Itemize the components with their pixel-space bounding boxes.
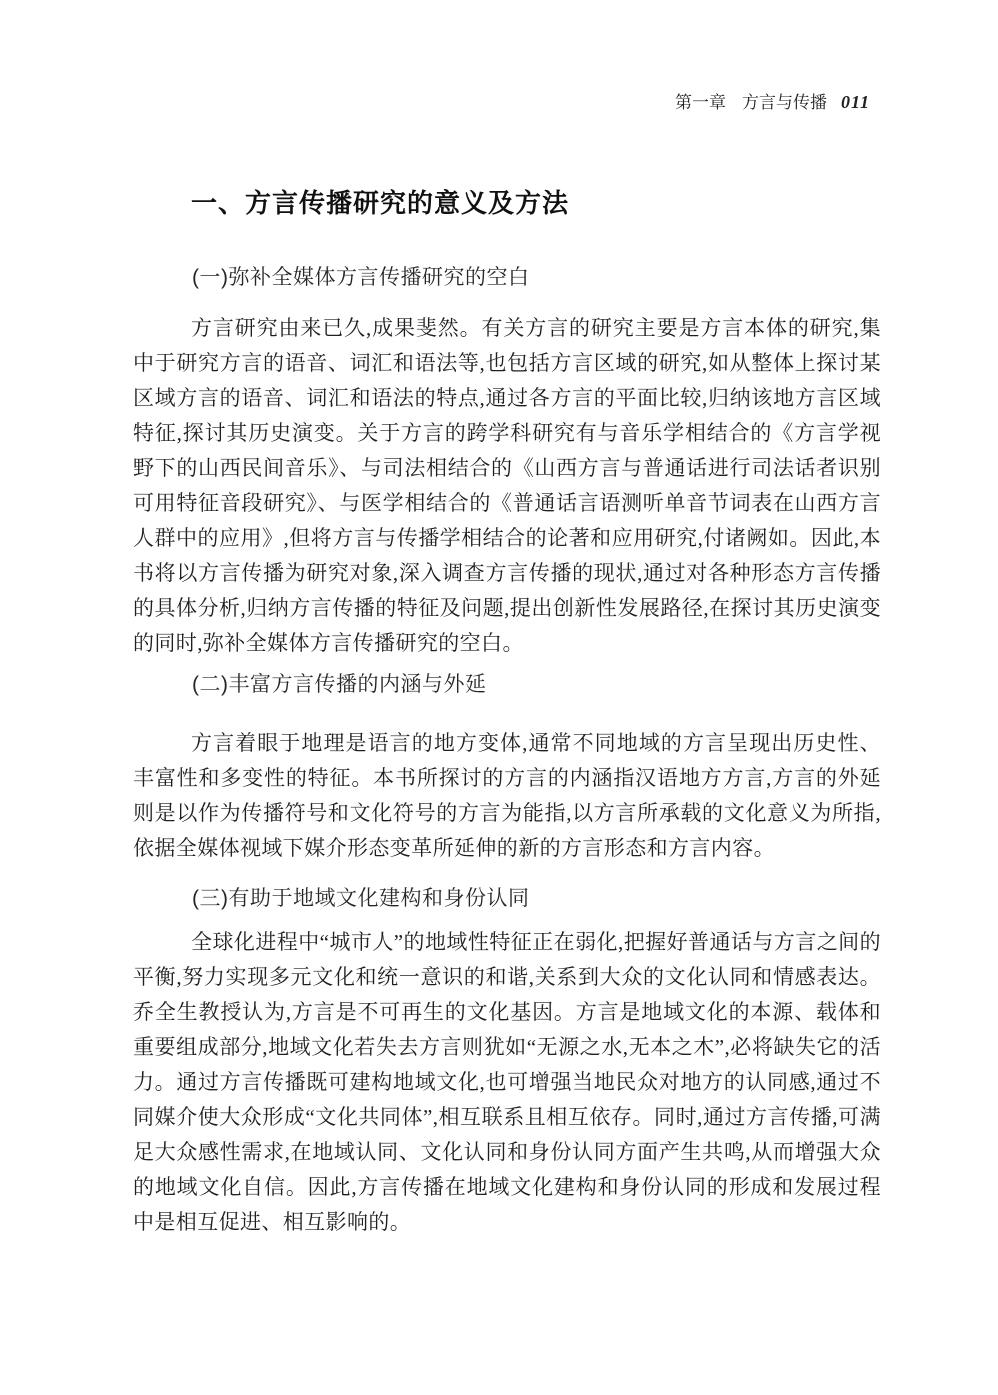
header-chapter-label: 第一章 bbox=[675, 88, 726, 113]
page-title: 一、方言传播研究的意义及方法 bbox=[191, 188, 569, 220]
header-section-label: 方言与传播 bbox=[742, 88, 827, 113]
section-heading-1: (一)弥补全媒体方言传播研究的空白 bbox=[133, 265, 881, 290]
running-header: 第一章 方言与传播 011 bbox=[675, 88, 870, 113]
section-heading-2: (二)丰富方言传播的内涵与外延 bbox=[133, 672, 881, 697]
section-paragraph-1: 方言研究由来已久,成果斐然。有关方言的研究主要是方言本体的研究,集中于研究方言的… bbox=[133, 311, 881, 661]
header-page-number: 011 bbox=[841, 92, 870, 113]
section-paragraph-2: 方言着眼于地理是语言的地方变体,通常不同地域的方言呈现出历史性、丰富性和多变性的… bbox=[133, 726, 881, 866]
book-page: 第一章 方言与传播 011 一、方言传播研究的意义及方法 (一)弥补全媒体方言传… bbox=[0, 0, 998, 1395]
section-heading-3: (三)有助于地域文化建构和身份认同 bbox=[133, 886, 881, 911]
section-paragraph-3: 全球化进程中“城市人”的地域性特征正在弱化,把握好普通话与方言之间的平衡,努力实… bbox=[133, 925, 881, 1240]
